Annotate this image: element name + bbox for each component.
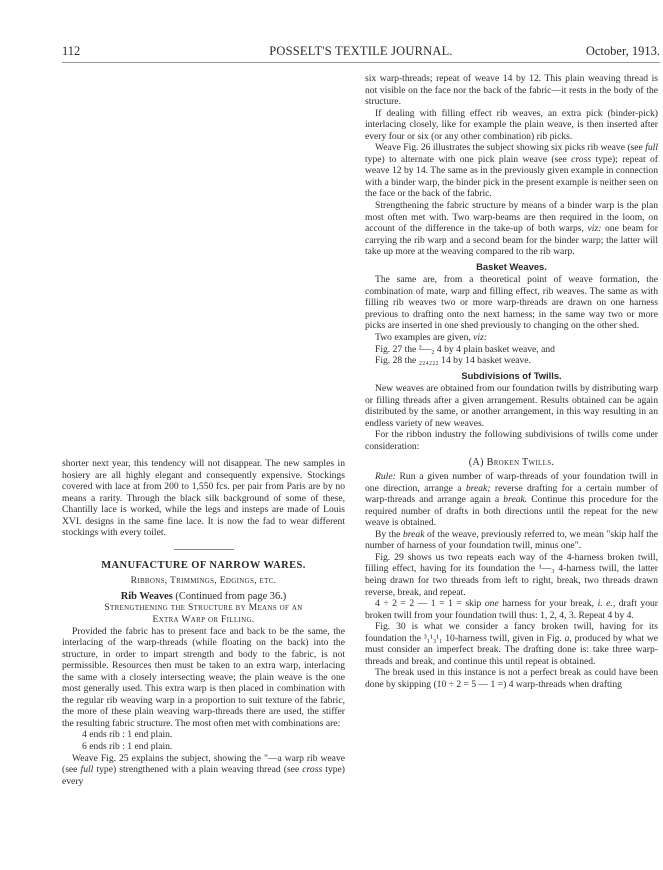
heading-basket-weaves: Basket Weaves. [365,261,658,273]
text-run: 4 ÷ 2 = 2 — 1 = 1 = skip [375,598,485,609]
left-column: shorter next year, this tendency will no… [62,458,345,787]
emphasis: cross [571,154,591,165]
paragraph: Fig. 29 shows us two repeats each way of… [365,552,658,598]
section-title-rest: (Continued from page 36.) [173,591,286,602]
paragraph: If dealing with filling effect rib weave… [365,108,658,143]
emphasis: full [81,764,94,775]
emphasis: break [403,529,425,540]
text-run: type) to alternate with one pick plain w… [365,154,571,165]
combination-item: 6 ends rib : 1 end plain. [62,741,345,753]
section-title: Rib Weaves (Continued from page 36.) [62,591,345,603]
paragraph: 4 ÷ 2 = 2 — 1 = 1 = skip one harness for… [365,598,658,621]
combination-item: 4 ends rib : 1 end plain. [62,729,345,741]
paragraph: The break used in this instance is not a… [365,667,658,690]
emphasis: a, [565,633,572,644]
paragraph: Fig. 30 is what we consider a fancy brok… [365,621,658,667]
paragraph: By the break of the weave, previously re… [365,529,658,552]
emphasis: break; [466,483,491,494]
heading-subdivisions: Subdivisions of Twills. [365,370,658,382]
heading-broken-twills: (A) Broken Twills. [365,457,658,469]
paragraph: Two examples are given, viz: [365,332,658,344]
emphasis: viz: [588,223,602,234]
paragraph-2: Weave Fig. 25 explains the subject, show… [62,753,345,788]
emphasis: full [645,142,658,153]
emphasis: one [485,598,499,609]
article-title: MANUFACTURE OF NARROW WARES. [62,560,345,572]
emphasis: cross [302,764,322,775]
figure-27-line: Fig. 27 the ²—₂ 4 by 4 plain basket weav… [365,344,658,356]
paragraph: Strengthening the fabric structure by me… [365,200,658,258]
subsection-title-line2: Extra Warp or Filling. [62,614,345,626]
combinations-list: 4 ends rib : 1 end plain. 6 ends rib : 1… [62,729,345,752]
text-run: Weave Fig. 26 illustrates the subject sh… [375,142,645,153]
faded-illustration-area [62,68,347,448]
header-rule [62,62,660,63]
rule-paragraph: Rule: Run a given number of warp-threads… [365,471,658,529]
issue-date: October, 1913. [586,44,660,59]
paragraph: For the ribbon industry the following su… [365,429,658,452]
text-run: Two examples are given, [375,332,473,343]
text-run: type) strengthened with a plain weaving … [93,764,302,775]
emphasis: break. [503,494,527,505]
text-run: By the [375,529,403,540]
intro-paragraph: shorter next year, this tendency will no… [62,458,345,539]
emphasis: Rule: [375,471,396,482]
figure-28-line: Fig. 28 the ₂₂₄₂₂₂ 14 by 14 basket weave… [365,355,658,367]
emphasis: viz: [473,332,487,343]
paragraph-1: Provided the fabric has to present face … [62,626,345,730]
subsection-title-line1: Strengthening the Structure by Means of … [62,602,345,614]
paragraph: Weave Fig. 26 illustrates the subject sh… [365,142,658,200]
text-run: harness for your break, [499,598,598,609]
section-divider [174,549,234,550]
paragraph: New weaves are obtained from our foundat… [365,383,658,429]
paragraph-continued: six warp-threads; repeat of weave 14 by … [365,73,658,108]
page-header: 112 POSSELT'S TEXTILE JOURNAL. October, … [62,44,660,62]
journal-title: POSSELT'S TEXTILE JOURNAL. [62,44,660,59]
paragraph: The same are, from a theoretical point o… [365,274,658,332]
emphasis: i. e., [598,598,616,609]
section-title-bold: Rib Weaves [121,591,173,602]
right-column: six warp-threads; repeat of weave 14 by … [365,73,658,690]
article-subtitle: Ribbons, Trimmings, Edgings, etc. [62,575,345,587]
